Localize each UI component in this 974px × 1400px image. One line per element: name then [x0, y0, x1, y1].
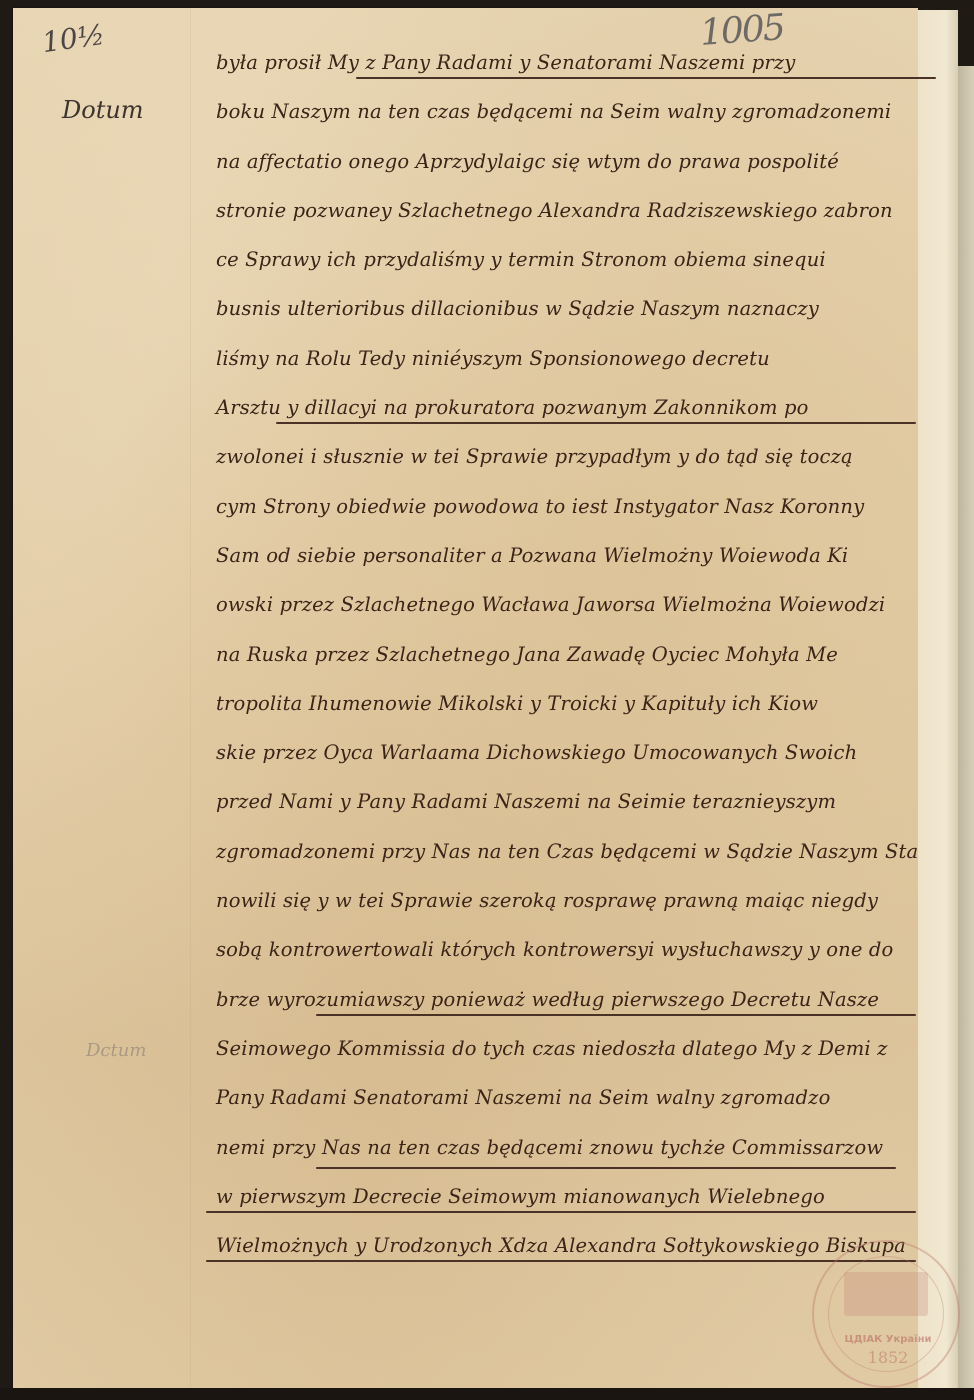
text-line: Pany Radami Senatorami Naszemi na Seim w…	[216, 1073, 916, 1122]
margin-note-faint: Dctum	[86, 1040, 146, 1061]
text-line: skie przez Oyca Warlaama Dichowskiego Um…	[216, 728, 916, 777]
text-line: na affectatio onego Aprzydylaigc się wty…	[216, 137, 916, 186]
margin-note-top: Dotum	[62, 96, 144, 124]
text-line: brze wyrozumiawszy ponieważ według pierw…	[216, 975, 916, 1024]
text-line: nowili się y w tei Sprawie szeroką rospr…	[216, 876, 916, 925]
text-line: boku Naszym na ten czas będącemi na Seim…	[216, 87, 916, 136]
text-line: zwolonei i słusznie w tei Sprawie przypa…	[216, 432, 916, 481]
page-fold-line	[190, 8, 191, 1388]
text-line: cym Strony obiedwie powodowa to iest Ins…	[216, 482, 916, 531]
text-line: stronie pozwaney Szlachetnego Alexandra …	[216, 186, 916, 235]
archive-stamp: ЦДІАК України 1852	[812, 1240, 960, 1388]
text-line: Sam od siebie personaliter a Pozwana Wie…	[216, 531, 916, 580]
text-line: przed Nami y Pany Radami Naszemi na Seim…	[216, 777, 916, 826]
stamp-year: 1852	[814, 1348, 962, 1367]
text-line: w pierwszym Decrecie Seimowym mianowanyc…	[216, 1172, 916, 1221]
text-line: busnis ulterioribus dillacionibus w Sądz…	[216, 284, 916, 333]
text-line: była prosił My z Pany Radami y Senatoram…	[216, 38, 916, 87]
scanned-document: 10½ Dotum Dctum 1005 była prosił My z Pa…	[0, 0, 974, 1400]
text-line: na Ruska przez Szlachetnego Jana Zawadę …	[216, 630, 916, 679]
text-line: ce Sprawy ich przydaliśmy y termin Stron…	[216, 235, 916, 284]
binding-edge	[958, 66, 974, 1400]
text-line: Seimowego Kommissia do tych czas niedosz…	[216, 1024, 916, 1073]
text-line: sobą kontrowertowali których kontrowersy…	[216, 925, 916, 974]
text-line: nemi przy Nas na ten czas będącemi znowu…	[216, 1123, 916, 1172]
stamp-book-icon	[844, 1272, 928, 1316]
manuscript-text: była prosił My z Pany Radami y Senatoram…	[216, 38, 916, 1270]
text-line: owski przez Szlachetnego Wacława Jaworsa…	[216, 580, 916, 629]
scan-bottom-edge	[0, 1388, 974, 1400]
text-line: tropolita Ihumenowie Mikolski y Troicki …	[216, 679, 916, 728]
adjacent-page-strip	[918, 10, 958, 1398]
text-line: Arsztu y dillacyi na prokuratora pozwany…	[216, 383, 916, 432]
text-line: liśmy na Rolu Tedy niniéyszym Sponsionow…	[216, 334, 916, 383]
text-line: zgromadzonemi przy Nas na ten Czas będąc…	[216, 827, 916, 876]
stamp-label: ЦДІАК України	[814, 1334, 962, 1345]
text-line: Wielmożnych y Urodzonych Xdza Alexandra …	[216, 1221, 916, 1270]
